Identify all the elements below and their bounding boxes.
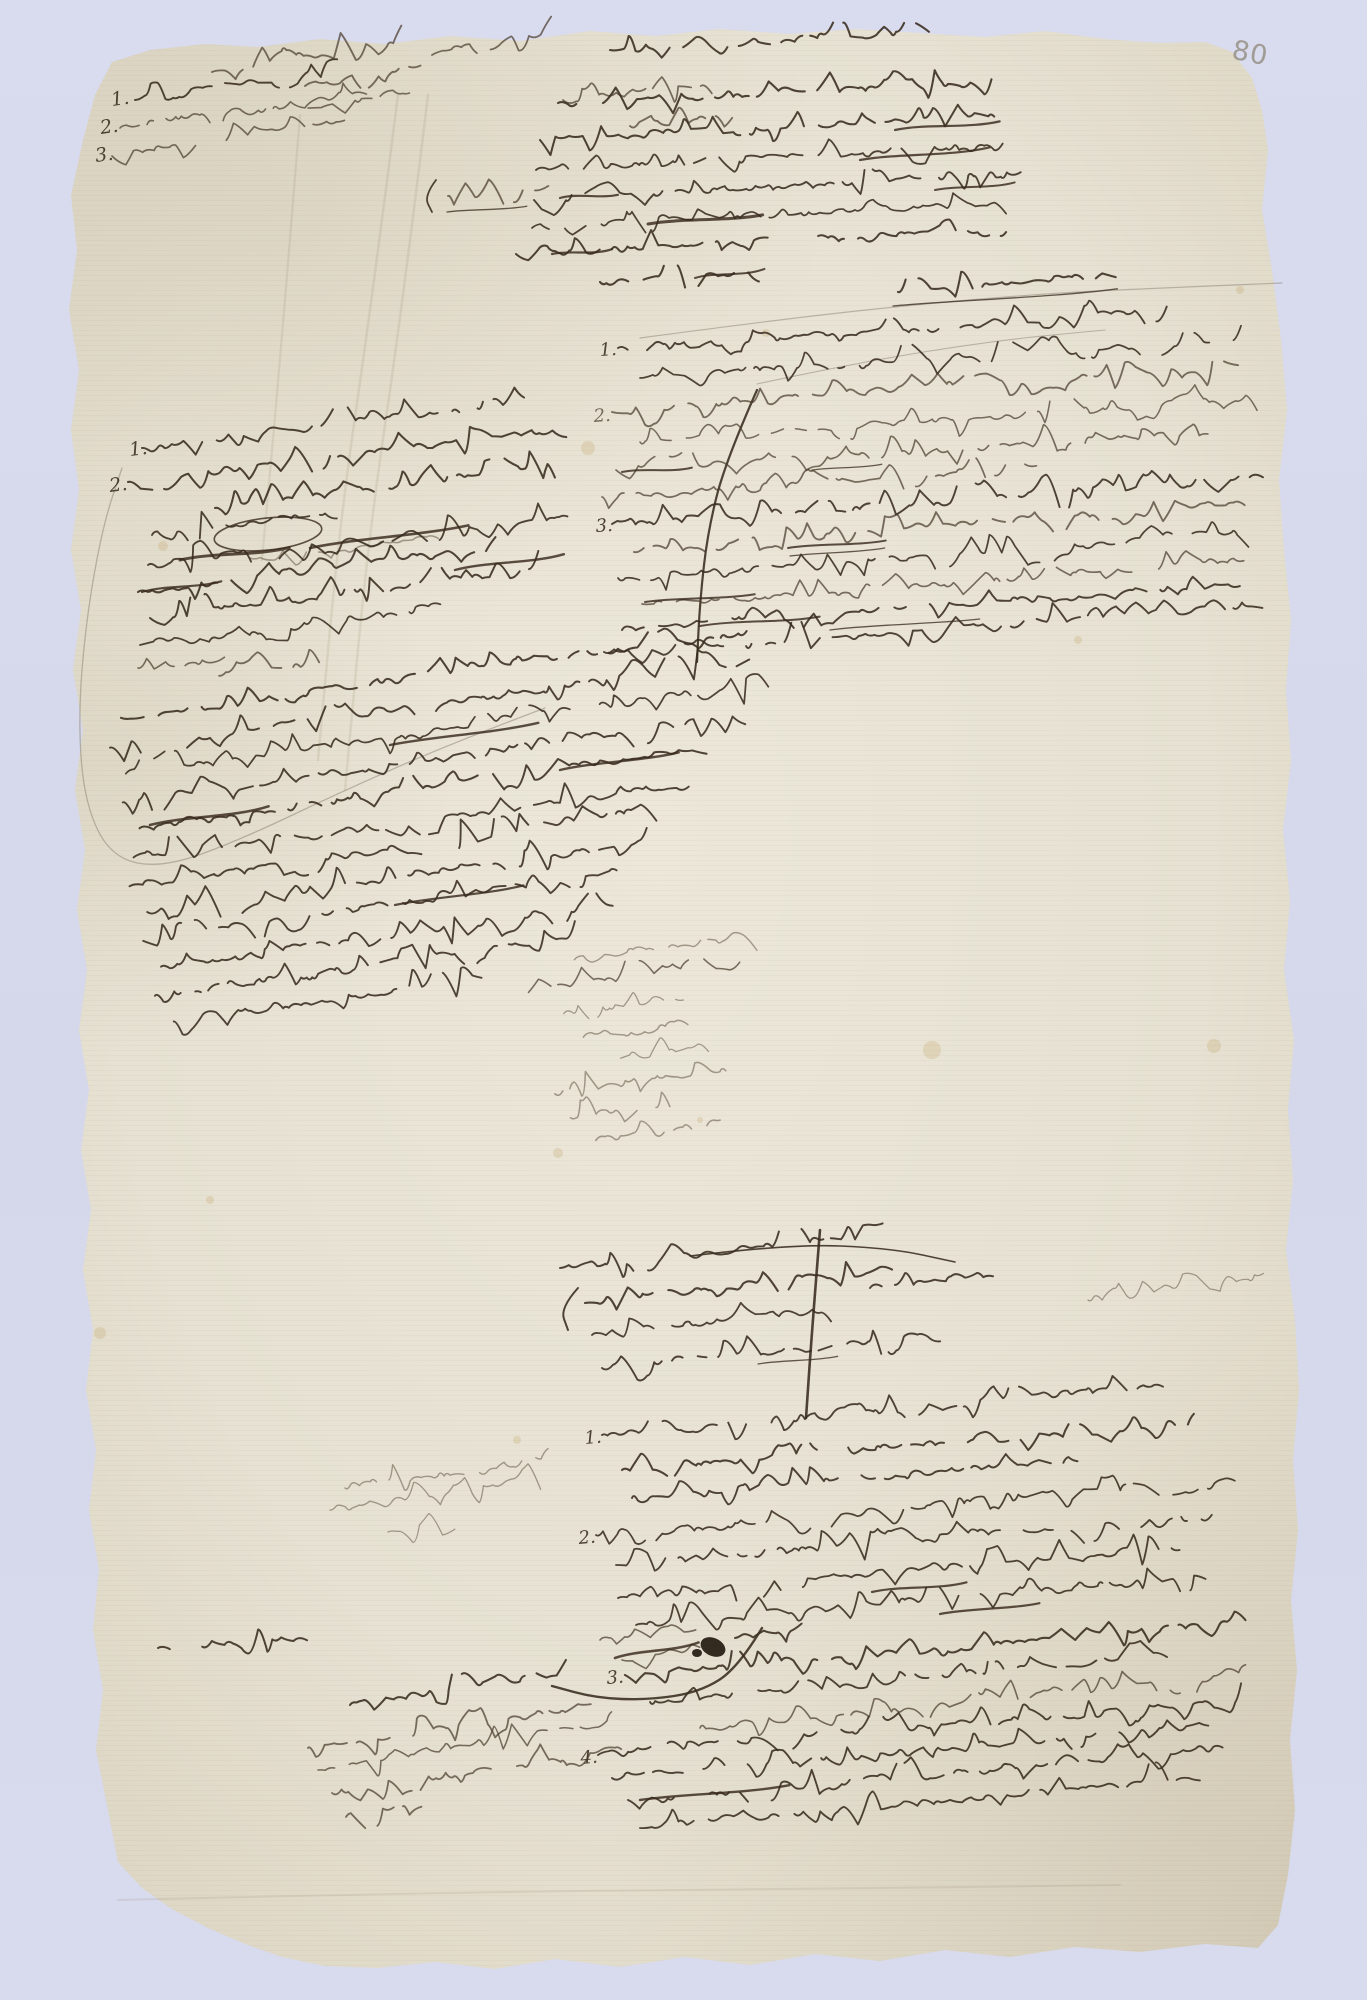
list-marker: 3. xyxy=(595,515,614,537)
handwriting-line xyxy=(590,1294,831,1347)
strikethrough-mark xyxy=(872,1582,967,1592)
circled-word xyxy=(213,512,324,555)
ink-blot-small xyxy=(692,1649,702,1657)
handwriting-line xyxy=(639,381,1258,459)
foxing-spot xyxy=(553,1148,563,1158)
handwriting-line xyxy=(346,1802,424,1831)
script-block-g1 xyxy=(100,583,805,1040)
handwriting-line xyxy=(140,385,526,461)
strikethrough-mark xyxy=(560,752,679,770)
foxing-spot xyxy=(158,541,168,551)
strikethrough-mark xyxy=(395,885,524,905)
foxing-spot xyxy=(1074,636,1082,644)
handwriting-line xyxy=(594,1110,721,1145)
handwriting-line xyxy=(621,1404,1211,1485)
underline-mark xyxy=(758,1356,838,1364)
foxing-spot xyxy=(1236,286,1244,294)
handwriting-line xyxy=(118,80,367,135)
handwriting-line xyxy=(629,103,733,135)
handwriting-line xyxy=(447,175,549,207)
crease-fold-4 xyxy=(118,1885,1120,1900)
strikethrough-mark xyxy=(310,525,469,549)
handwriting-line xyxy=(611,350,1264,429)
handwriting-line xyxy=(108,642,751,763)
handwriting-line xyxy=(639,322,1243,395)
vertical-cancel-stroke xyxy=(806,1230,820,1418)
handwriting-line xyxy=(539,101,1010,156)
handwriting-line xyxy=(633,490,1246,561)
handwriting-line xyxy=(119,614,757,729)
list-marker: 4. xyxy=(579,1747,599,1770)
schluss-paren xyxy=(427,180,436,212)
strikethrough-mark xyxy=(552,249,612,254)
handwriting-line xyxy=(217,644,320,678)
handwriting-line xyxy=(897,261,1116,301)
list-marker: 1. xyxy=(599,339,618,361)
strikethrough-mark xyxy=(788,540,886,548)
list-marker: 3. xyxy=(94,143,115,167)
underline-mark xyxy=(830,619,980,630)
strikethrough-mark xyxy=(860,147,990,160)
script-block-g2 xyxy=(524,930,780,1151)
handwriting-line xyxy=(526,946,740,998)
handwriting-line xyxy=(515,211,1006,262)
handwriting-line xyxy=(617,295,1168,362)
underline-mark xyxy=(790,548,885,556)
handwriting-line xyxy=(123,667,770,791)
handwriting-line xyxy=(583,1019,688,1042)
list-marker: 2. xyxy=(592,405,612,427)
underline-mark xyxy=(447,206,527,213)
handwriting-line xyxy=(601,1371,1165,1450)
handwriting-line xyxy=(562,71,713,114)
handwriting-line xyxy=(531,190,1006,238)
list-marker: 2. xyxy=(98,115,120,139)
foxing-spot xyxy=(94,1327,106,1339)
handwriting-line xyxy=(641,546,1245,616)
handwriting-line xyxy=(110,108,347,168)
list-marker: 1. xyxy=(128,437,149,461)
handwriting-line xyxy=(316,1708,616,1785)
handwriting-line xyxy=(698,1656,1247,1744)
handwriting-line xyxy=(146,496,569,579)
handwriting-line xyxy=(157,1626,307,1660)
handwriting-layer: 1.2.3.1.2.1.2.3.1.2.3.4. xyxy=(0,0,1367,2000)
handwriting-line xyxy=(599,259,759,293)
handwriting-line xyxy=(343,1443,551,1499)
crease-fold-2 xyxy=(345,95,428,790)
handwriting-line xyxy=(616,1530,1180,1611)
handwriting-line xyxy=(171,960,483,1036)
handwriting-line xyxy=(327,1463,541,1524)
list-marker: 2. xyxy=(107,473,129,497)
strikethrough-mark xyxy=(622,467,692,472)
list-marker: 1. xyxy=(584,1427,603,1449)
foxing-spot xyxy=(1207,1039,1221,1053)
pencil-rule-1 xyxy=(640,283,1282,338)
foxing-spot xyxy=(697,1117,703,1123)
strikethrough-mark xyxy=(935,182,1015,191)
handwriting-line xyxy=(603,589,1264,667)
handwriting-line xyxy=(136,532,499,606)
handwriting-line xyxy=(121,701,746,818)
handwriting-line xyxy=(1086,1263,1265,1310)
handwriting-line xyxy=(386,1510,456,1545)
page-number: 80 xyxy=(1229,35,1271,72)
handwriting-line xyxy=(348,1657,570,1719)
handwriting-line xyxy=(131,764,690,875)
handwriting-line xyxy=(617,517,1249,594)
handwriting-line xyxy=(609,18,929,61)
handwriting-line xyxy=(148,551,542,627)
handwriting-line xyxy=(597,1683,1244,1772)
handwriting-line xyxy=(127,792,657,899)
open-paren xyxy=(563,1288,578,1330)
foxing-spot xyxy=(923,1041,941,1059)
foxing-spot xyxy=(206,1196,214,1204)
handwriting-line xyxy=(626,1730,1224,1815)
handwriting-line xyxy=(552,1052,727,1103)
handwriting-line xyxy=(209,23,405,82)
handwriting-line xyxy=(735,1624,805,1651)
handwriting-line xyxy=(562,982,708,1021)
handwriting-line xyxy=(574,930,757,976)
handwriting-line xyxy=(601,453,1037,510)
list-marker: 1. xyxy=(110,87,131,111)
foxing-spot xyxy=(513,1436,521,1444)
strikethrough-mark xyxy=(390,723,539,745)
strikethrough-mark xyxy=(640,1785,790,1800)
handwriting-line xyxy=(621,1643,701,1672)
list-marker: 2. xyxy=(577,1527,597,1550)
handwriting-line xyxy=(557,64,992,119)
handwriting-line xyxy=(535,130,1003,184)
handwriting-line xyxy=(137,649,225,671)
handwriting-line xyxy=(306,1689,594,1767)
ink-blot xyxy=(697,1633,728,1660)
strikethrough-mark xyxy=(455,554,564,572)
handwriting-line xyxy=(619,1031,709,1063)
scan-background: 1.2.3.1.2.1.2.3.1.2.3.4. 80 xyxy=(0,0,1367,2000)
underline-mark xyxy=(812,464,882,470)
foxing-spot xyxy=(581,441,595,455)
list-marker: 3. xyxy=(606,1667,625,1689)
handwriting-line xyxy=(429,17,556,69)
strikethrough-mark xyxy=(560,194,618,199)
